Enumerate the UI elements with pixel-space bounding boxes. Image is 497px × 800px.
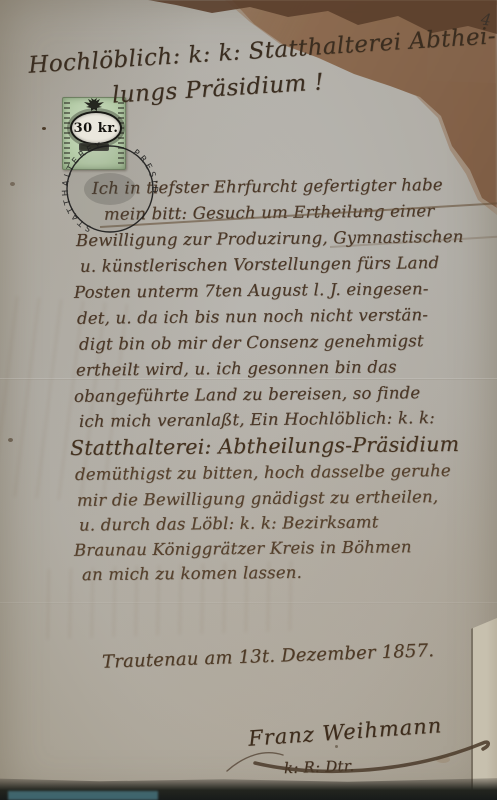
- body-line: u. künstlerischen Vorstellungen fürs Lan…: [80, 255, 439, 275]
- cancel-smudge: [84, 173, 136, 205]
- body-line: mir die Bewilligung gnädigst zu ertheile…: [77, 489, 438, 509]
- signature-flourish: [225, 725, 497, 785]
- fold-crease: [0, 378, 497, 380]
- ink-bleedthrough: [0, 296, 137, 505]
- body-line: Braunau Königgrätzer Kreis in Böhmen: [74, 539, 412, 559]
- body-line-emphasis: Statthalterei: Abtheilungs-Präsidium: [70, 434, 459, 459]
- body-line: u. durch das Löbl: k. k: Bezirksamt: [79, 514, 379, 534]
- date-line: Trautenau am 13t. Dezember 1857.: [102, 642, 435, 672]
- body-line: ich mich veranlaßt, Ein Hochlöblich: k. …: [79, 410, 435, 430]
- backing-surface: [8, 791, 158, 800]
- fold-crease: [0, 602, 497, 604]
- ink-speck: [8, 438, 13, 442]
- body-line: Posten unterm 7ten August l. J. eingesen…: [74, 281, 429, 301]
- ink-speck: [42, 127, 46, 130]
- ink-bleedthrough: [39, 560, 301, 639]
- document-page: 4 Hochlöblich: k: k: Statthalterei Abthe…: [0, 0, 497, 800]
- body-line: demüthigst zu bitten, hoch dasselbe geru…: [75, 463, 451, 483]
- stamp-value: 30 kr.: [74, 121, 119, 136]
- double-eagle-emblem: [82, 98, 106, 113]
- cancel-stamp: STATTHALTEREY PRESID: [58, 140, 162, 238]
- ink-speck: [10, 182, 15, 186]
- header-line-2: lungs Präsidium !: [111, 71, 324, 107]
